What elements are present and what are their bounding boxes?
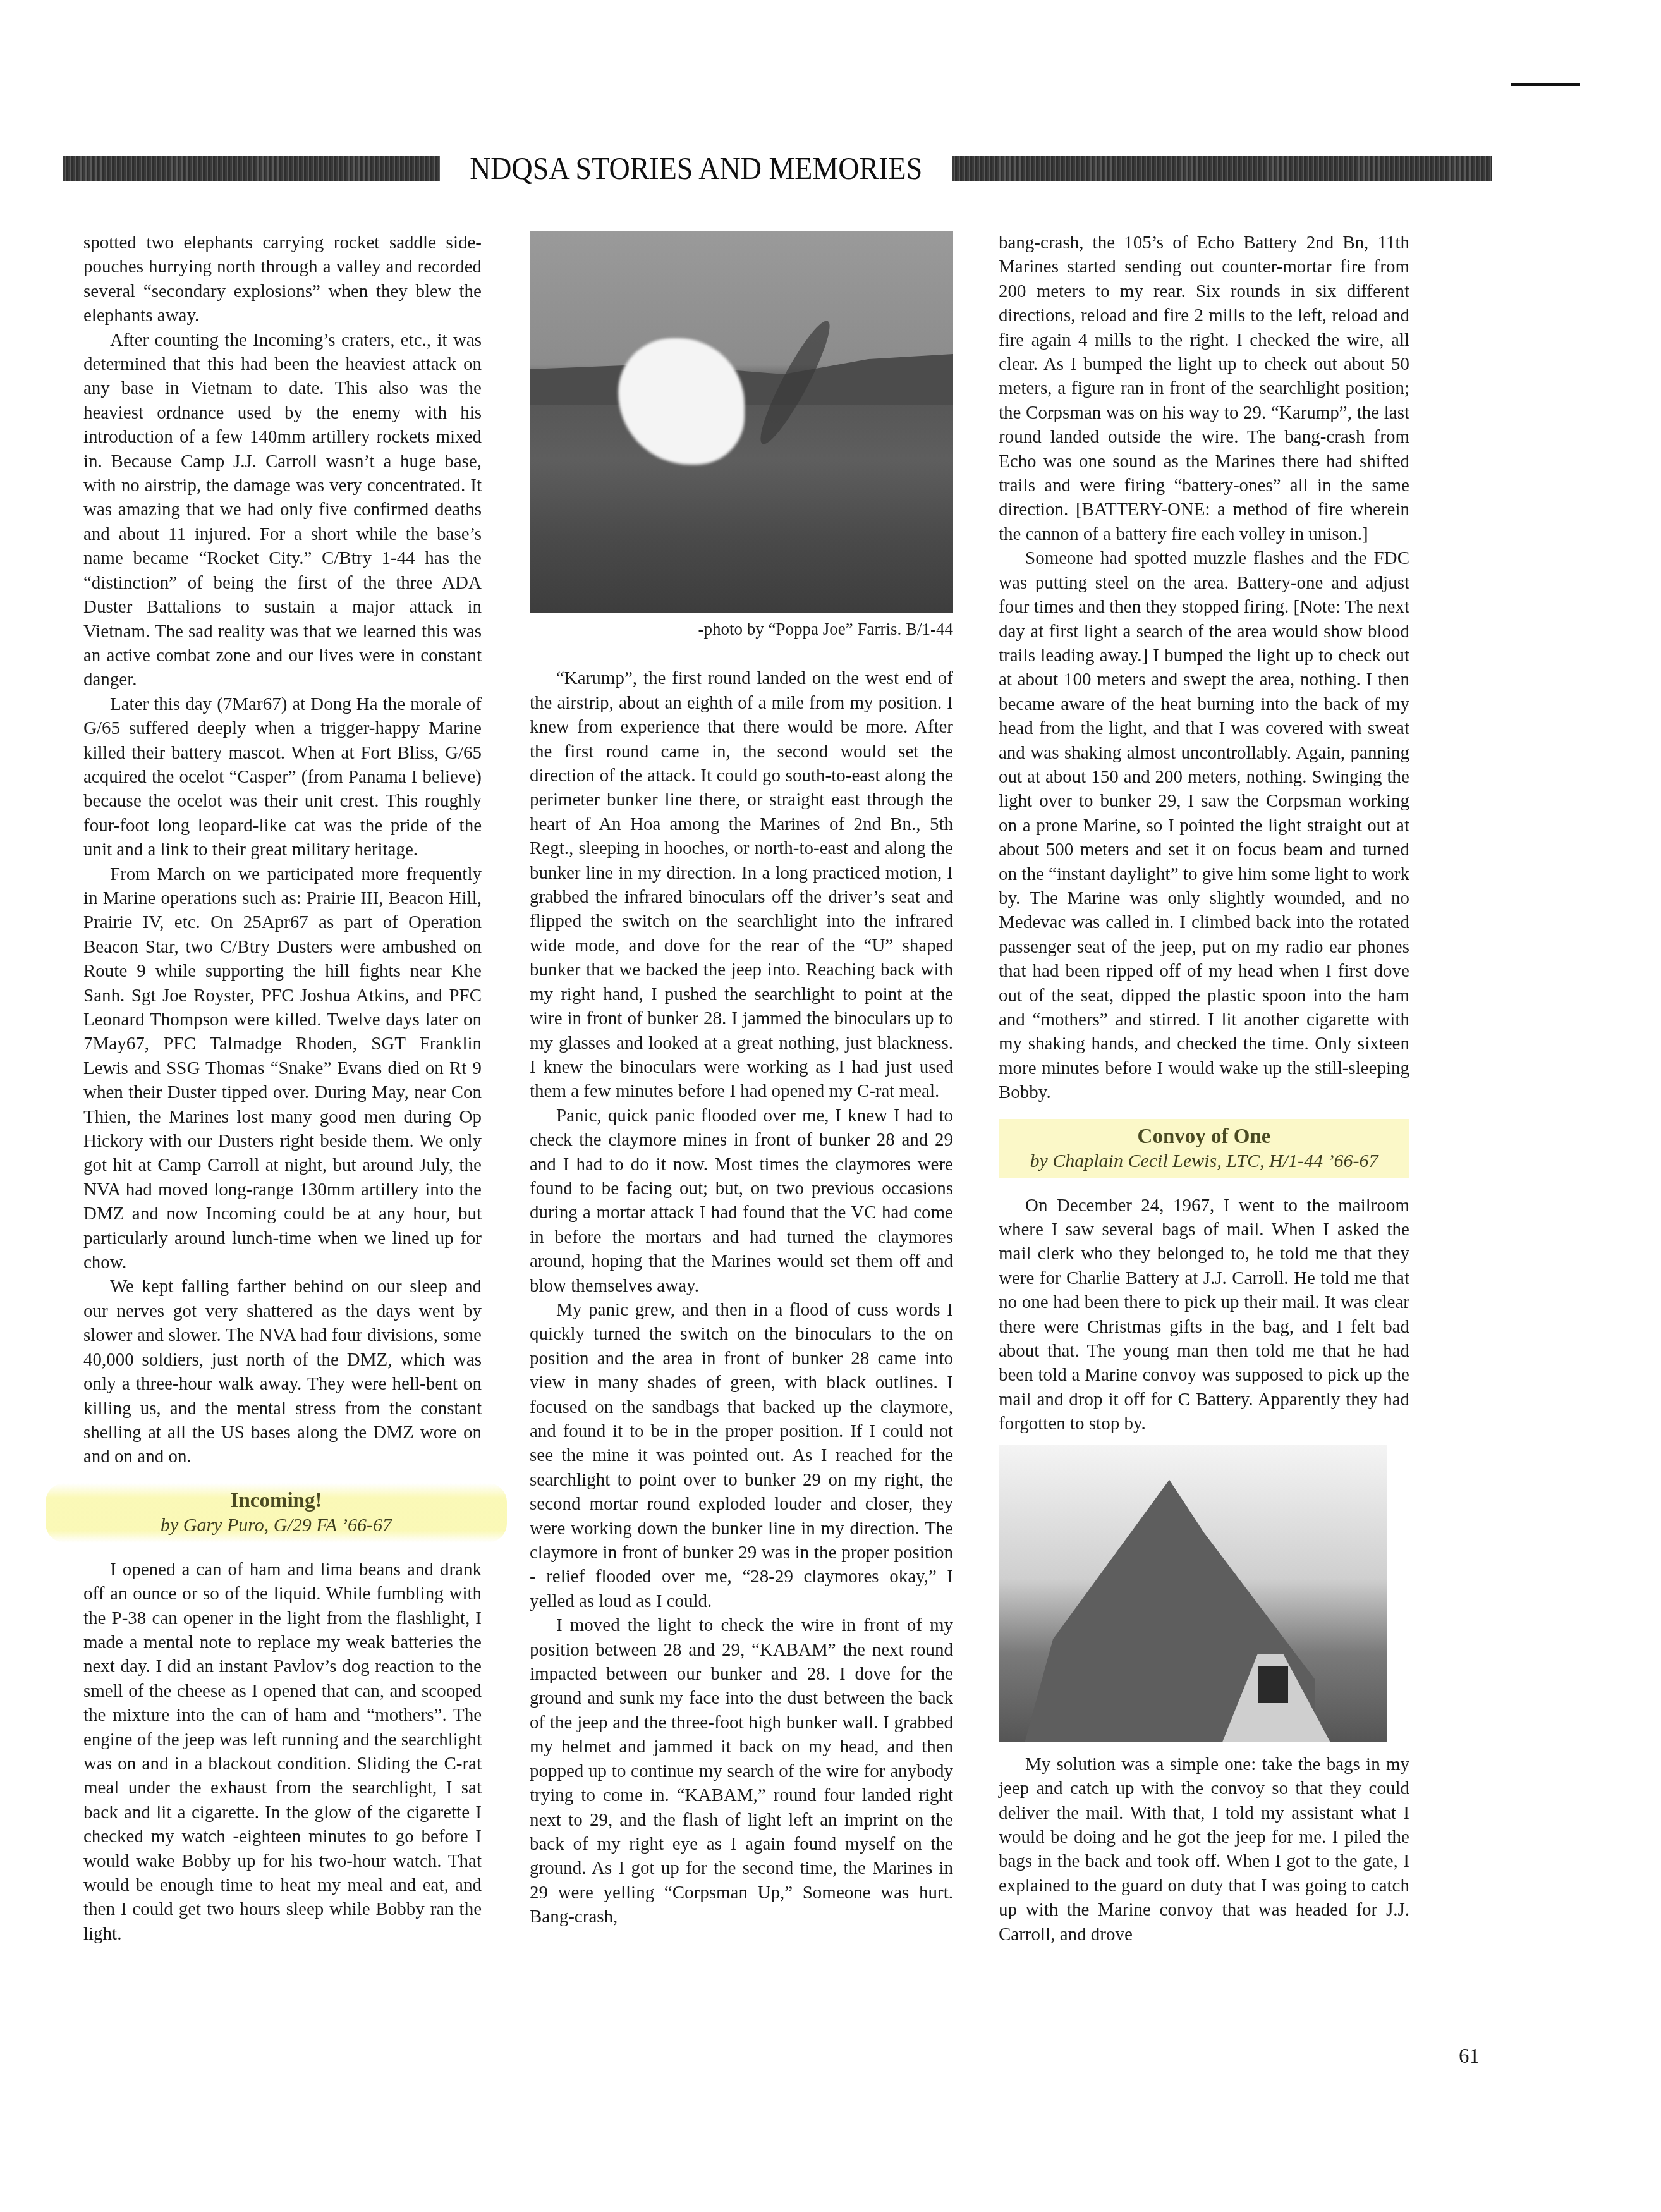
jeep-mountain-photo bbox=[999, 1445, 1387, 1742]
column-2: -photo by “Poppa Joe” Farris. B/1-44 “Ka… bbox=[530, 231, 953, 1929]
paragraph: bang-crash, the 105’s of Echo Battery 2n… bbox=[999, 231, 1409, 546]
paragraph: I moved the light to check the wire in f… bbox=[530, 1613, 953, 1929]
paragraph: Later this day (7Mar67) at Dong Ha the m… bbox=[83, 692, 482, 862]
section-title: NDQSA STORIES AND MEMORIES bbox=[460, 154, 932, 183]
paragraph: My panic grew, and then in a flood of cu… bbox=[530, 1298, 953, 1613]
story-byline: by Gary Puro, G/29 FA ’66-67 bbox=[46, 1513, 507, 1537]
story-byline: by Chaplain Cecil Lewis, LTC, H/1-44 ’66… bbox=[999, 1149, 1409, 1173]
photo-jeep bbox=[1258, 1666, 1288, 1703]
section-header-band: NDQSA STORIES AND MEMORIES bbox=[63, 154, 1492, 183]
story-title: Convoy of One bbox=[999, 1124, 1409, 1149]
paragraph: Panic, quick panic flooded over me, I kn… bbox=[530, 1104, 953, 1298]
page-number: 61 bbox=[1459, 2045, 1480, 2068]
story-title: Incoming! bbox=[46, 1488, 507, 1513]
header-bar-right bbox=[952, 156, 1492, 181]
paragraph: Someone had spotted muzzle flashes and t… bbox=[999, 546, 1409, 1104]
paragraph: We kept falling farther behind on our sl… bbox=[83, 1274, 482, 1469]
story-heading-incoming: Incoming! by Gary Puro, G/29 FA ’66-67 bbox=[46, 1483, 507, 1543]
paragraph: I opened a can of ham and lima beans and… bbox=[83, 1558, 482, 1946]
explosion-photo bbox=[530, 231, 953, 613]
paragraph: After counting the Incoming’s craters, e… bbox=[83, 328, 482, 692]
paragraph: From March on we participated more frequ… bbox=[83, 862, 482, 1275]
story-heading-convoy: Convoy of One by Chaplain Cecil Lewis, L… bbox=[999, 1119, 1409, 1178]
photo-caption: -photo by “Poppa Joe” Farris. B/1-44 bbox=[530, 617, 953, 641]
photo-blast bbox=[618, 338, 745, 465]
header-bar-left bbox=[63, 156, 440, 181]
corner-rule bbox=[1511, 83, 1580, 86]
paragraph: My solution was a simple one: take the b… bbox=[999, 1752, 1409, 1946]
column-3: bang-crash, the 105’s of Echo Battery 2n… bbox=[999, 231, 1409, 1946]
paragraph: spotted two elephants carrying rocket sa… bbox=[83, 231, 482, 328]
paragraph: On December 24, 1967, I went to the mail… bbox=[999, 1194, 1409, 1436]
paragraph: “Karump”, the first round landed on the … bbox=[530, 666, 953, 1103]
column-1: spotted two elephants carrying rocket sa… bbox=[83, 231, 482, 1946]
